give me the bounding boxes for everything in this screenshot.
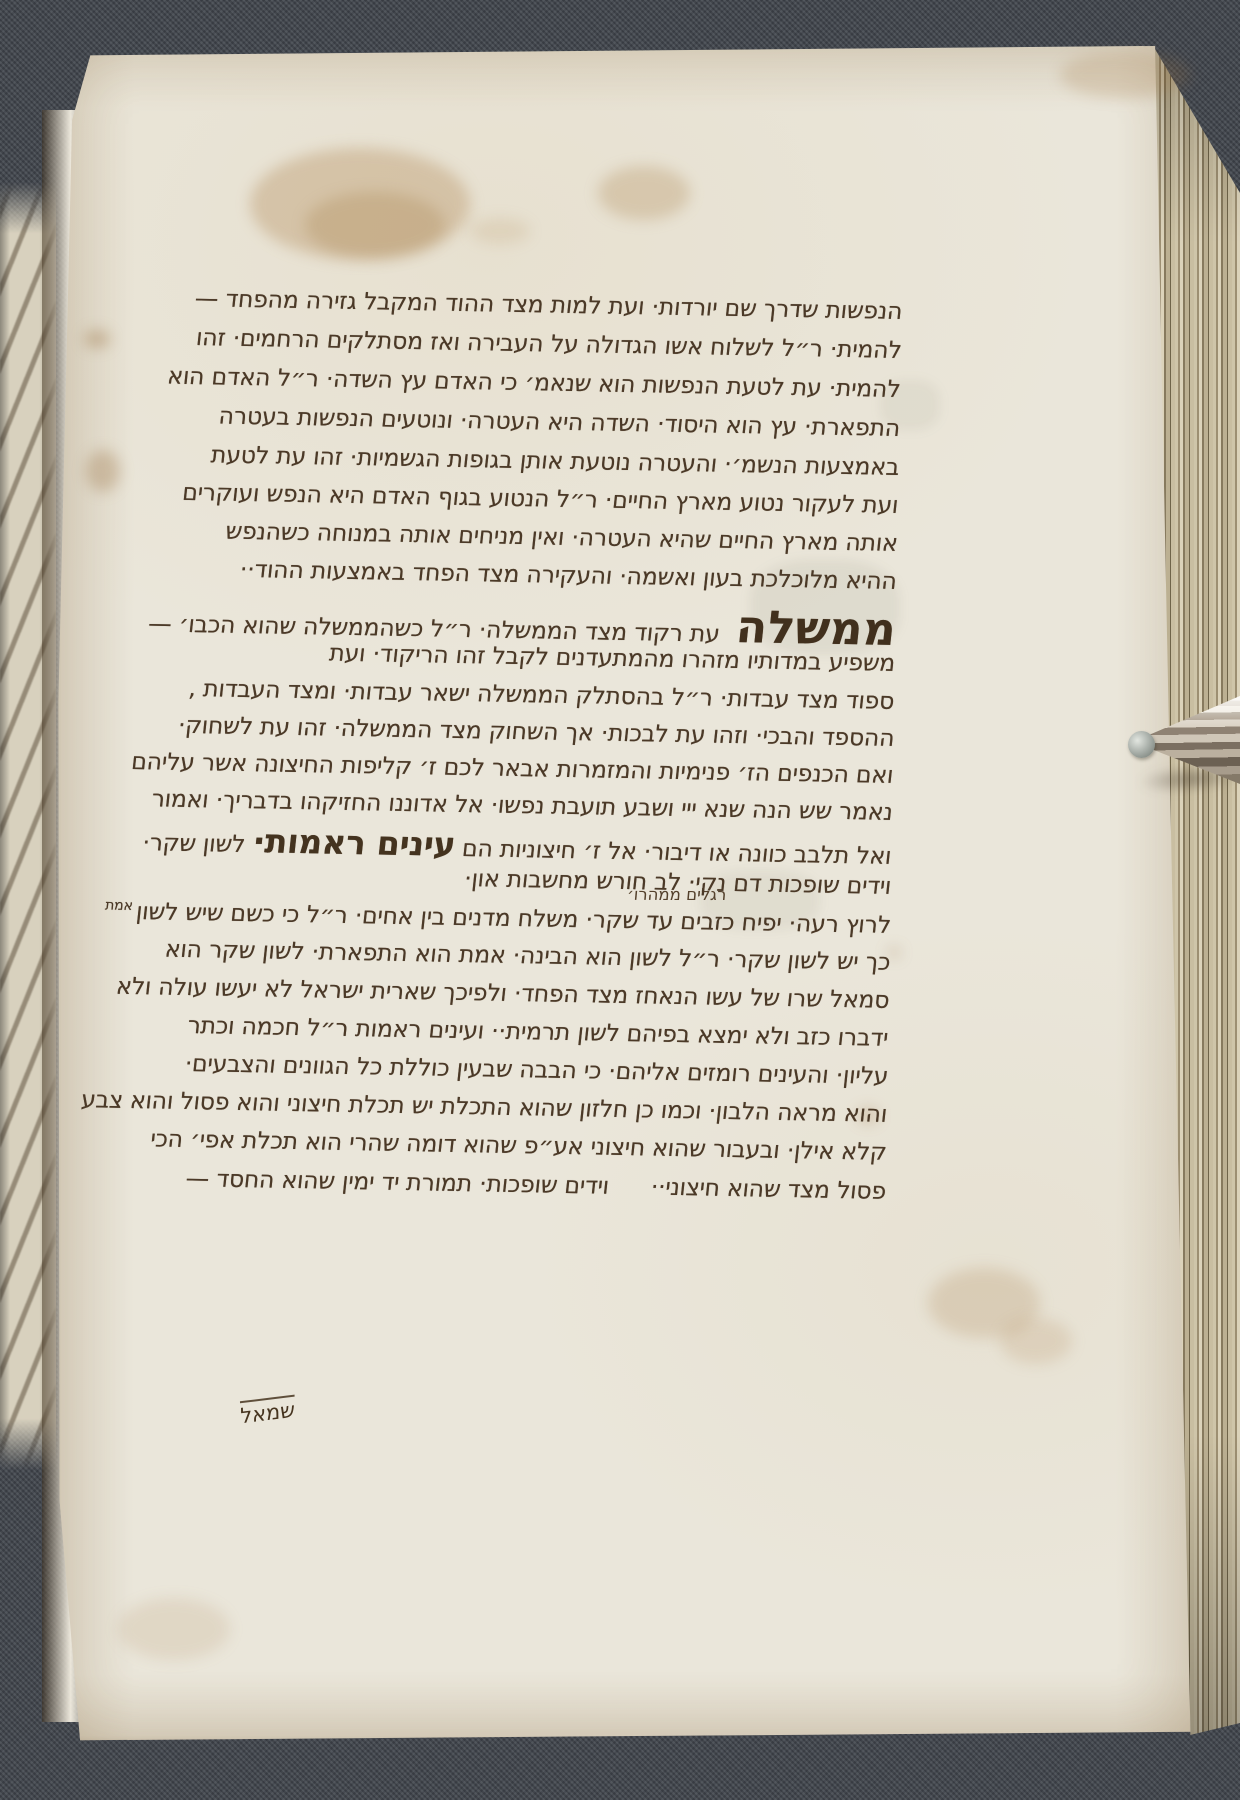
text-line: פסול מצד שהוא חיצוני··וידים שופכות· תמור… (184, 1167, 887, 1203)
page-weight-cone-tip (1128, 731, 1155, 758)
text-run: ועת לעקור נטוע מארץ החיים· ר״ל הנטוע בגו… (181, 478, 900, 519)
text-line: אותה מארץ החיים שהיא העטרה· ואין מניחים … (224, 520, 898, 556)
text-run: לרוץ רעה· יפיח כזבים עד שקר· משלח מדנים … (134, 897, 892, 939)
text-run: ההספד והבכי· וזהו עת לבכות· אך השחוק מצד… (176, 711, 895, 752)
text-line: הנפשות שדרך שם יורדות· ועת למות מצד ההוד… (193, 287, 903, 323)
text-run: ספוד מצד עבדות· ר״ל בהסתלק הממשלה ישאר ע… (188, 674, 896, 715)
text-run: הנפשות שדרך שם יורדות· ועת למות מצד ההוד… (193, 284, 903, 325)
text-run (608, 1194, 650, 1195)
text-run: ואם הכנפים הז׳ פנימיות והמזמרות אבאר לכם… (130, 747, 895, 789)
text-run: וידים שופכות דם נקי· לב חורש מחשבות און· (463, 864, 893, 900)
text-line: סמאל שרו של עשו הנאחז מצד הפחד· ולפיכך ש… (115, 975, 890, 1013)
emphasized-phrase: עינים ראמות· (251, 821, 458, 864)
text-line: וידים שופכות דם נקי· לב חורש מחשבות און· (463, 867, 892, 898)
photograph-of-manuscript: { "manuscript": { "description_label": "… (0, 0, 1240, 1800)
text-line: ידברו כזב ולא ימצא בפיהם לשון תרמית·· וע… (187, 1014, 890, 1050)
text-line: ואם הכנפים הז׳ פנימיות והמזמרות אבאר לכם… (130, 750, 894, 787)
text-run: פסול מצד שהוא חיצוני·· (649, 1173, 887, 1205)
interlinear-note: אמת (104, 898, 133, 914)
text-run: עליון· והעינים רומזים אליהם· כי הבבה שבע… (183, 1049, 889, 1090)
text-run: וידים שופכות· תמורת יד ימין שהוא החסד — (184, 1164, 610, 1200)
text-run: כך יש לשון שקר· ר״ל לשון הוא הבינה· אמת … (163, 935, 891, 976)
text-line: באמצעות הנשמ׳· והעטרה נוטעת אותן בגופות … (210, 443, 901, 479)
text-run: אותה מארץ החיים שהיא העטרה· ואין מניחים … (224, 517, 899, 557)
text-line: לרוץ רעה· יפיח כזבים עד שקר· משלח מדנים … (103, 899, 892, 938)
text-run: נאמר שש הנה שנא ייי ושבע תועבת נפשו· אל … (150, 784, 894, 826)
text-line: ועת לעקור נטוע מארץ החיים· ר״ל הנטוע בגו… (181, 481, 899, 518)
text-run: ההיא מלוכלכת בעון ואשמה· והעקירה מצד הפח… (239, 555, 899, 595)
text-run: והוא מראה הלבון· וכמו כן חלזון שהוא התכל… (80, 1085, 889, 1128)
text-line: והוא מראה הלבון· וכמו כן חלזון שהוא התכל… (80, 1088, 888, 1126)
text-run: להמית· עת לטעת הנפשות הוא שנאמ׳ כי האדם … (166, 362, 902, 403)
text-run: התפארת· עץ הוא היסוד· השדה היא העטרה· ונ… (217, 402, 901, 442)
text-line: להמית· ר״ל לשלוח אשו הגדולה על העבירה וא… (194, 326, 902, 362)
text-line: עליון· והעינים רומזים אליהם· כי הבבה שבע… (183, 1052, 889, 1088)
text-line: ההספד והבכי· וזהו עת לבכות· אך השחוק מצד… (176, 714, 895, 751)
text-line: קלא אילן· ובעבור שהוא חיצוני אע״פ שהוא ד… (149, 1127, 887, 1164)
text-run: לשון שקר· (141, 828, 254, 858)
text-line: ספוד מצד עבדות· ר״ל בהסתלק הממשלה ישאר ע… (188, 677, 896, 713)
text-run: ידברו כזב ולא ימצא בפיהם לשון תרמית·· וע… (187, 1011, 890, 1052)
text-line: כך יש לשון שקר· ר״ל לשון הוא הבינה· אמת … (163, 938, 891, 975)
text-block: רגלים ממהרו׳ הנפשות שדרך שם יורדות· ועת … (83, 0, 908, 1800)
text-run: להמית· ר״ל לשלוח אשו הגדולה על העבירה וא… (194, 323, 902, 364)
text-line: ואל תלבב כוונה או דיבור· אל ז׳ חיצוניות … (141, 822, 893, 869)
text-line: ההיא מלוכלכת בעון ואשמה· והעקירה מצד הפח… (239, 558, 898, 593)
text-line: נאמר שש הנה שנא ייי ושבע תועבת נפשו· אל … (151, 787, 894, 824)
text-run: באמצעות הנשמ׳· והעטרה נוטעת אותן בגופות … (209, 440, 900, 481)
text-run: סמאל שרו של עשו הנאחז מצד הפחד· ולפיכך ש… (115, 972, 891, 1014)
text-run: קלא אילן· ובעבור שהוא חיצוני אע״פ שהוא ד… (149, 1124, 888, 1165)
text-line: להמית· עת לטעת הנפשות הוא שנאמ׳ כי האדם … (166, 365, 901, 402)
text-line: התפארת· עץ הוא היסוד· השדה היא העטרה· ונ… (217, 405, 901, 441)
text-line: משפיע במדותיו מזהרו מהמתעדנים לקבל זהו ה… (328, 642, 896, 676)
